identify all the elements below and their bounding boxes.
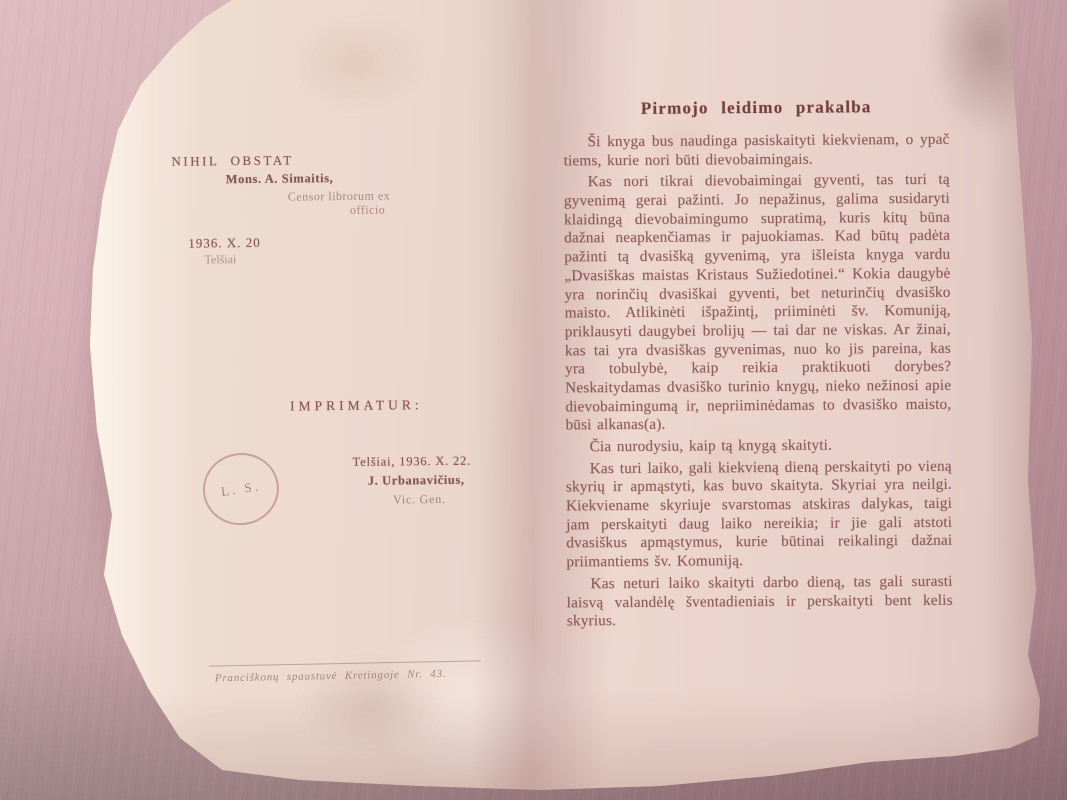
preface-title: Pirmojo leidimo prakalba <box>563 97 949 120</box>
preface-paragraph: Kas nori tikrai dievobaimingai gyventi, … <box>564 171 952 435</box>
printer-imprint-line: Pranciškonų spaustuvė Kretingoje Nr. 43. <box>215 668 447 684</box>
photo-of-open-book: NIHIL OBSTAT Mons. A. Simaitis, Censor l… <box>0 0 1067 800</box>
censor-title-line-2: officio <box>350 203 385 218</box>
imprimatur-line: IMPRIMATUR: <box>290 397 423 414</box>
seal-label: L. S. <box>220 478 262 500</box>
preface-paragraph: Kas neturi laiko skaityti darbo dieną, t… <box>566 572 952 631</box>
right-page: Pirmojo leidimo prakalba Ši knyga bus na… <box>563 97 953 635</box>
open-book: NIHIL OBSTAT Mons. A. Simaitis, Censor l… <box>0 0 1067 800</box>
preface-body: Ši knyga bus naudinga pasiskaityti kiekv… <box>563 131 952 632</box>
nihil-obstat-place: Telšiai <box>204 252 236 267</box>
vicar-general-title: Vic. Gen. <box>393 492 446 508</box>
preface-paragraph: Kas turi laiko, gali kiekvieną dieną per… <box>566 457 953 572</box>
nihil-obstat-line: NIHIL OBSTAT <box>171 152 293 169</box>
preface-paragraph: Ši knyga bus naudinga pasiskaityti kiekv… <box>563 131 949 171</box>
imprimatur-place-date: Telšiai, 1936. X. 22. <box>353 454 472 470</box>
locus-sigilli-seal: L. S. <box>198 448 284 531</box>
preface-paragraph: Čia nurodysiu, kaip tą knygą skaityti. <box>566 436 952 457</box>
censor-name-line: Mons. A. Simaitis, <box>226 171 334 187</box>
imprint-divider-rule <box>209 660 481 666</box>
vicar-general-name: J. Urbanavičius, <box>368 473 465 489</box>
nihil-obstat-date: 1936. X. 20 <box>188 235 261 252</box>
